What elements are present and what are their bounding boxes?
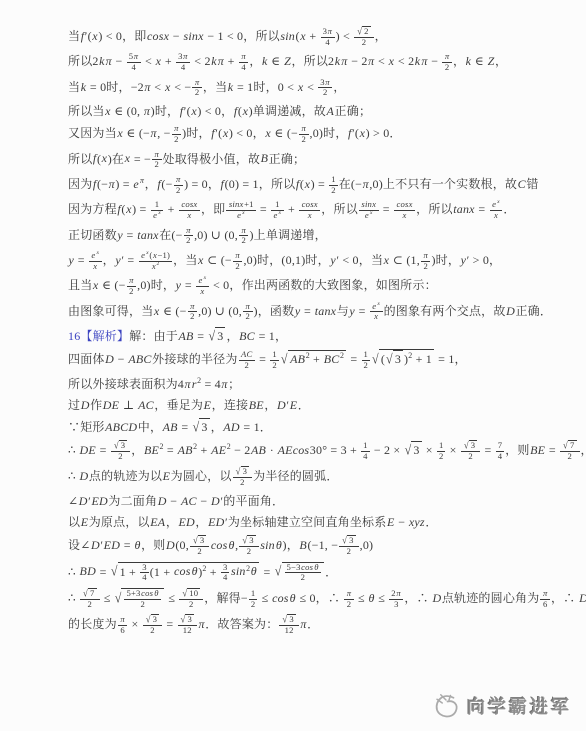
solution-line-18: ∴ DE = √32，BE2 = AB2 + AE2 − 2AB · AEcos… — [68, 440, 580, 461]
watermark-logo-icon — [431, 691, 461, 721]
solution-line-23: ∴ BD = √1 + 34(1 + cosθ)2 + 34sin2θ = √5… — [68, 562, 580, 583]
solution-line-17: ∵矩形ABCD中，AB = √3，AD = 1． — [68, 418, 580, 435]
solution-line-16: 过D作DE ⊥ AC，垂足为E，连接BE，D′E． — [68, 397, 580, 413]
solution-line-25: 的长度为π6 × √32 = √312π．故答案为：√312π． — [68, 614, 580, 635]
solution-line-10: y = exx，y′ = ex(x−1)x2，当x ⊂ (−π2,0)时，(0,… — [68, 251, 580, 271]
solution-line-9: 正切函数y = tanx在(−π2,0) ∪ (0,π2)上单调递增， — [68, 226, 580, 246]
solution-text: 当f′(x) < 0，即cosx − sinx − 1 < 0，所以sin(x … — [68, 26, 580, 641]
solution-page: 当f′(x) < 0，即cosx − sinx − 1 < 0，所以sin(x … — [0, 0, 586, 731]
solution-line-13: 16【解析】解：由于AB = √3，BC = 1， — [68, 327, 580, 344]
solution-line-1: 当f′(x) < 0，即cosx − sinx − 1 < 0，所以sin(x … — [68, 26, 580, 47]
solution-line-24: ∴ √72 ≤ √5+3cosθ2 ≤ √102，解得−12 ≤ cosθ ≤ … — [68, 588, 580, 609]
solution-line-21: 以E为原点，以EA，ED，ED′为坐标轴建立空间直角坐标系E − xyz． — [68, 514, 580, 530]
solution-line-7: 因为f(−π) = eπ，f(−π2) = 0，f(0) = 1，所以f(x) … — [68, 175, 580, 195]
solution-line-22: 设∠D′ED = θ，则D(0,√32cosθ,√32sinθ)，B(−1, −… — [68, 535, 580, 556]
solution-line-5: 又因为当x ∈ (−π, −π2)时，f′(x) < 0，x ∈ (−π2,0)… — [68, 124, 580, 144]
solution-line-15: 所以外接球表面积为4πr2 = 4π； — [68, 376, 580, 392]
solution-line-19: ∴ D点的轨迹为以E为圆心，以√32为半径的圆弧． — [68, 466, 580, 487]
solution-line-2: 所以2kπ − 5π4 < x + 3π4 < 2kπ + π4，k ∈ Z，所… — [68, 52, 580, 72]
solution-line-4: 所以当x ∈ (0, π)时，f′(x) < 0，f(x)单调递减，故A正确； — [68, 103, 580, 119]
watermark-text: 向学霸进军 — [467, 693, 572, 719]
solution-line-6: 所以f(x)在x = −π2处取得极小值，故B正确； — [68, 150, 580, 170]
solution-line-12: 由图象可得，当x ∈ (−π2,0) ∪ (0,π2)，函数y = tanx与y… — [68, 302, 580, 322]
watermark: 向学霸进军 — [431, 691, 572, 721]
solution-line-14: 四面体D − ABC外接球的半径为AC2 = 12√AB2 + BC2 = 12… — [68, 349, 580, 370]
solution-line-11: 且当x ∈ (−π2,0)时，y = exx < 0，作出两函数的大致图象，如图… — [68, 276, 580, 296]
solution-line-8: 因为方程f(x) = 1ex + cosxx，即sinx+1ex = 1ex +… — [68, 200, 580, 220]
solution-line-3: 当k = 0时，−2π < x < −π2，当k = 1时，0 < x < 3π… — [68, 78, 580, 98]
solution-line-20: ∠D′ED为二面角D − AC − D′的平面角． — [68, 493, 580, 509]
